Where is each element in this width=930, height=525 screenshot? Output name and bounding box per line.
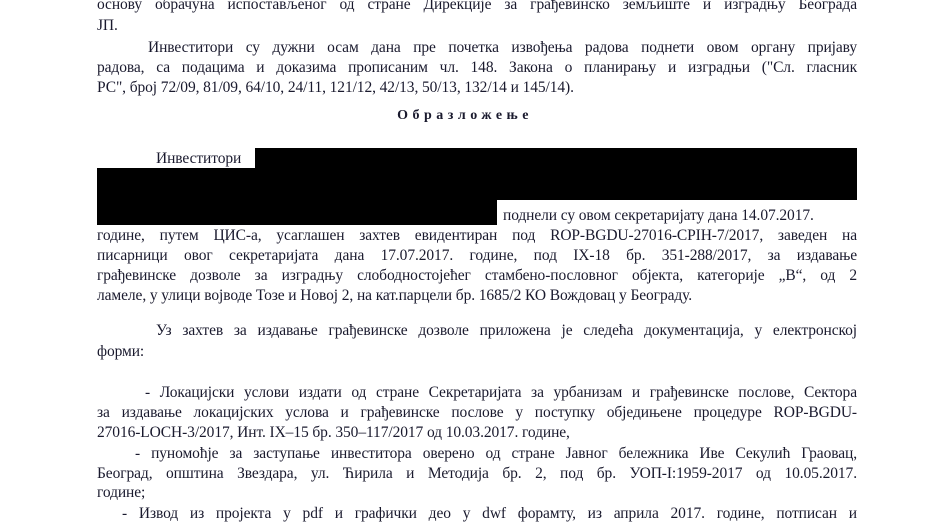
intro-line-1: основу обрачуна испостављеног од стране … (97, 0, 857, 14)
attachments-intro-line-2: форми: (97, 343, 144, 361)
attachment-1-line-1: - Локацијски услови издати од стране Сек… (145, 384, 857, 402)
attachment-2-line-3: године; (97, 484, 145, 502)
obligation-line-1: Инвеститори су дужни осам дана пре почет… (148, 39, 857, 57)
attachment-2-line-1: - пуномоћје за заступање инвеститора ове… (135, 445, 857, 463)
attachment-2-line-2: Београд, општина Звездара, ул. Ћирила и … (97, 465, 857, 483)
obligation-line-3: РС", број 72/09, 81/09, 64/10, 24/11, 12… (97, 79, 574, 97)
redaction-block-3 (97, 198, 497, 225)
explanation-line-2: године, путем ЦИС-а, усаглашен захтев ев… (97, 227, 857, 245)
redaction-block-1 (255, 148, 857, 170)
intro-line-2: ЈП. (97, 17, 118, 35)
attachment-1-line-2: за издавање локацијских услова и грађеви… (97, 404, 857, 422)
redaction-block-2 (97, 168, 857, 200)
attachments-intro-line-1: Уз захтев за издавање грађевинске дозвол… (156, 322, 857, 340)
explanation-line-5: ламеле, у улици војводе Тозе и Новој 2, … (97, 287, 692, 305)
attachment-1-line-3: 27016-LOCH-3/2017, Инт. IX–15 бр. 350–11… (97, 424, 570, 442)
explanation-line-4: грађевинске дозволе за изградњу слободно… (97, 267, 857, 285)
document-page: основу обрачуна испостављеног од стране … (0, 0, 930, 525)
investors-label: Инвеститори (156, 150, 241, 168)
attachment-3-line-1: - Извод из пројекта у pdf и графички део… (122, 505, 857, 523)
obligation-line-2: радова, са подацима и доказима прописани… (97, 59, 857, 77)
submitted-line: поднели су овом секретаријату дана 14.07… (503, 207, 814, 225)
section-heading: Образложење (0, 108, 930, 124)
explanation-line-3: писарници овог секретаријата дана 17.07.… (97, 247, 857, 265)
